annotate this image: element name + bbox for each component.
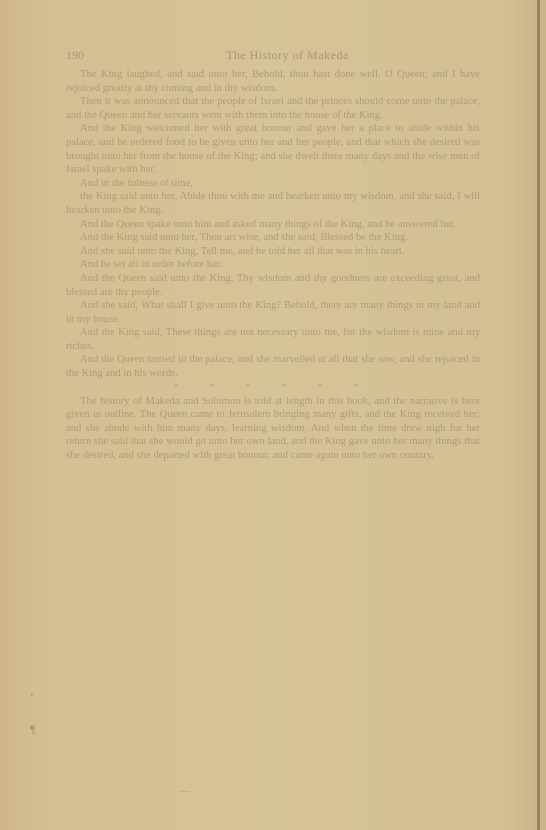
scanned-book-page: 190 The History of Makeda The King laugh…: [0, 0, 546, 830]
paragraph: Then it was announced that the people of…: [66, 95, 480, 122]
running-title: The History of Makeda: [226, 48, 349, 63]
page-header: 190 The History of Makeda: [66, 48, 476, 64]
paragraph: And the Queen said unto the King, Thy wi…: [66, 272, 480, 299]
paragraph: And she said, What shall I give unto the…: [66, 299, 480, 326]
section-separator: * * * * * *: [66, 381, 480, 395]
paragraph: And in the fulness of time,: [66, 177, 480, 191]
paragraph: And the Queen spake unto him and asked m…: [66, 218, 480, 232]
paragraph: The King laughed, and said unto her, Beh…: [66, 68, 480, 95]
footer-mark: —: [180, 786, 190, 797]
paragraph: And the King welcomed her with great hon…: [66, 122, 480, 176]
paragraph: The history of Makeda and Solomon is tol…: [66, 395, 480, 463]
page-binding-edge: [537, 0, 540, 830]
margin-annotation: ¶: [30, 722, 35, 737]
paragraph: And she said unto the King, Tell me, and…: [66, 245, 480, 259]
paragraph: the King said unto her, Abide thou with …: [66, 190, 480, 217]
margin-annotation: ‘: [30, 690, 34, 705]
paragraph: And the Queen tarried in the palace, and…: [66, 353, 480, 380]
paragraph: And the King said, These things are not …: [66, 326, 480, 353]
paragraph: And the King said unto her, Thou art wis…: [66, 231, 480, 245]
body-text: The King laughed, and said unto her, Beh…: [66, 68, 480, 463]
paragraph: And he set all in order before her.: [66, 258, 480, 272]
page-number: 190: [66, 48, 84, 63]
